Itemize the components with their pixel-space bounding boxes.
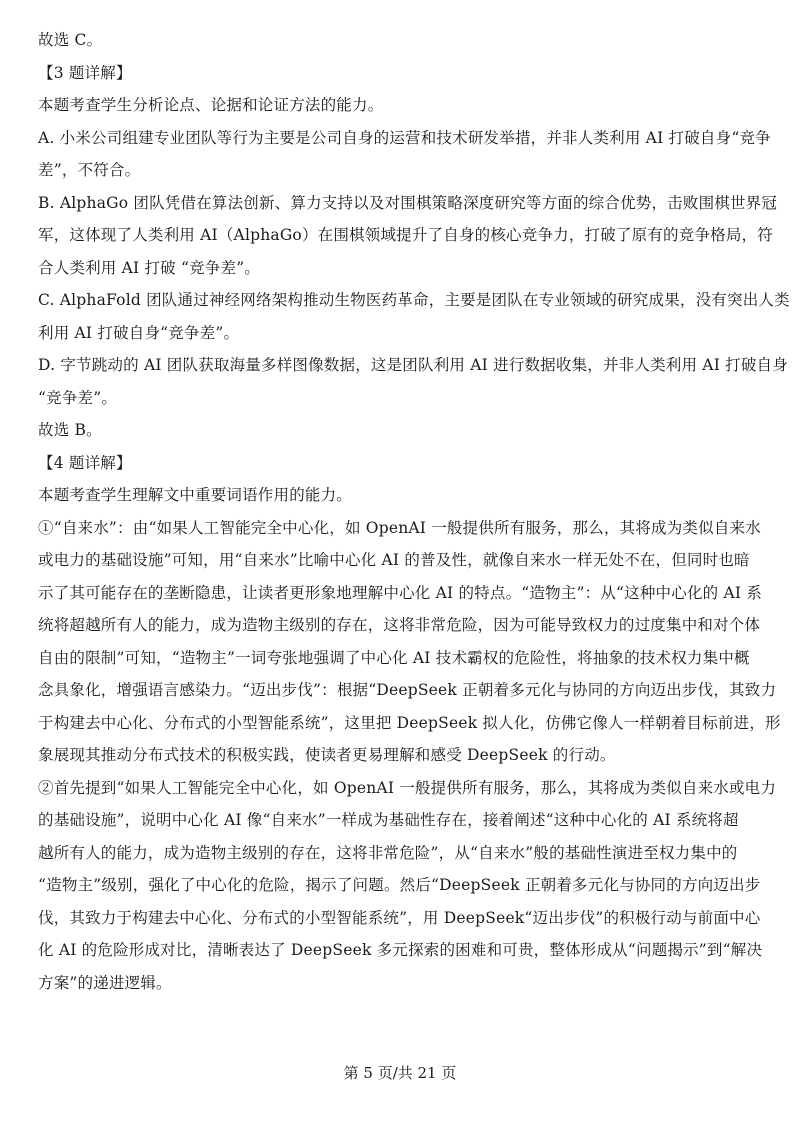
q4-point-2-cont: 方案”的递进逻辑。 (38, 967, 766, 1000)
q3-option-b-cont: 军，这体现了人类利用 AI（AlphaGo）在围棋领域提升了自身的核心竞争力，打… (38, 219, 766, 252)
q4-point-1: ①“自来水”：由“如果人工智能完全中心化，如 OpenAI 一般提供所有服务，那… (38, 512, 766, 545)
q4-point-2: ②首先提到“如果人工智能完全中心化，如 OpenAI 一般提供所有服务，那么，其… (38, 772, 766, 805)
q4-point-2-cont: 越所有人的能力，成为造物主级别的存在，这将非常危险”，从“自来水”般的基础性演进… (38, 837, 766, 870)
q4-point-1-cont: 统将超越所有人的能力，成为造物主级别的存在，这将非常危险，因为可能导致权力的过度… (38, 609, 766, 642)
q3-option-b: B. AlphaGo 团队凭借在算法创新、算力支持以及对围棋策略深度研究等方面的… (38, 187, 766, 220)
q4-point-1-cont: 自由的限制”可知，“造物主”一词夸张地强调了中心化 AI 技术霸权的危险性，将抽… (38, 642, 766, 675)
q3-option-d: D. 字节跳动的 AI 团队获取海量多样图像数据，这是团队利用 AI 进行数据收… (38, 349, 766, 382)
document-body: 故选 C。 【3 题详解】 本题考查学生分析论点、论据和论证方法的能力。 A. … (38, 24, 766, 999)
q3-option-d-cont: “竞争差”。 (38, 382, 766, 415)
q3-option-b-cont: 合人类利用 AI 打破 “竞争差”。 (38, 252, 766, 285)
q4-point-2-cont: “造物主”级别，强化了中心化的危险，揭示了问题。然后“DeepSeek 正朝着多… (38, 869, 766, 902)
q4-point-1-cont: 示了其可能存在的垄断隐患，让读者更形象地理解中心化 AI 的特点。“造物主”：从… (38, 577, 766, 610)
section-heading-q3: 【3 题详解】 (38, 57, 766, 90)
q3-option-a-cont: 差”，不符合。 (38, 154, 766, 187)
q4-point-2-cont: 的基础设施”，说明中心化 AI 像“自来水”一样成为基础性存在，接着阐述“这种中… (38, 804, 766, 837)
q4-point-1-cont: 于构建去中心化、分布式的小型智能系统”，这里把 DeepSeek 拟人化，仿佛它… (38, 707, 766, 740)
answer-c: 故选 C。 (38, 24, 766, 57)
q4-point-1-cont: 象展现其推动分布式技术的积极实践，使读者更易理解和感受 DeepSeek 的行动… (38, 739, 766, 772)
answer-b: 故选 B。 (38, 414, 766, 447)
q4-point-2-cont: 化 AI 的危险形成对比，清晰表达了 DeepSeek 多元探索的困难和可贵，整… (38, 934, 766, 967)
q3-intro: 本题考查学生分析论点、论据和论证方法的能力。 (38, 89, 766, 122)
q3-option-c-cont: 利用 AI 打破自身“竞争差”。 (38, 317, 766, 350)
q4-intro: 本题考查学生理解文中重要词语作用的能力。 (38, 479, 766, 512)
q4-point-1-cont: 或电力的基础设施”可知，用“自来水”比喻中心化 AI 的普及性，就像自来水一样无… (38, 544, 766, 577)
q3-option-c: C. AlphaFold 团队通过神经网络架构推动生物医药革命，主要是团队在专业… (38, 284, 766, 317)
page-number: 第 5 页/共 21 页 (0, 1062, 800, 1083)
q4-point-1-cont: 念具象化，增强语言感染力。“迈出步伐”：根据“DeepSeek 正朝着多元化与协… (38, 674, 766, 707)
section-heading-q4: 【4 题详解】 (38, 447, 766, 480)
q3-option-a: A. 小米公司组建专业团队等行为主要是公司自身的运营和技术研发举措，并非人类利用… (38, 122, 766, 155)
q4-point-2-cont: 伐，其致力于构建去中心化、分布式的小型智能系统”，用 DeepSeek“迈出步伐… (38, 902, 766, 935)
